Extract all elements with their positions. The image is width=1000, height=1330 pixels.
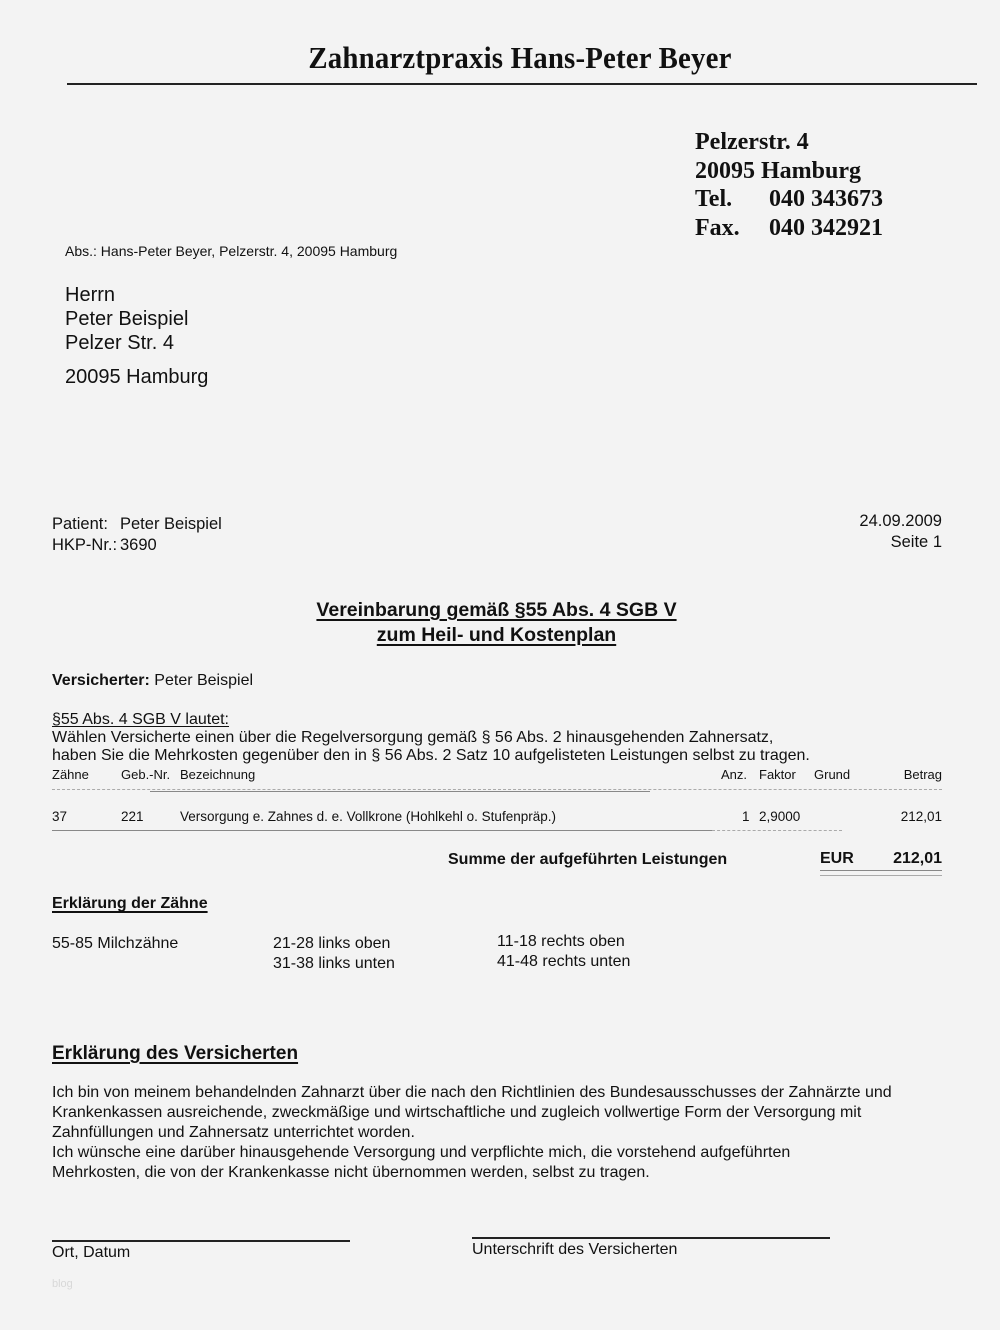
- insured-name: Peter Beispiel: [154, 672, 253, 689]
- place-date-line[interactable]: [52, 1240, 350, 1242]
- practice-city: 20095 Hamburg: [695, 157, 883, 186]
- teeth-right: 11-18 rechts oben 41-48 rechts unten: [497, 932, 630, 972]
- hkp-label: HKP-Nr.:: [52, 535, 120, 556]
- row-fee-no: 221: [121, 809, 144, 824]
- row-qty: 1: [742, 809, 750, 824]
- law-heading: §55 Abs. 4 SGB V lautet:: [52, 711, 810, 729]
- header-divider-solid: [150, 791, 650, 792]
- teeth-milk: 55-85 Milchzähne: [52, 934, 178, 954]
- declaration-paragraph-2: Ich wünsche eine darüber hinausgehende V…: [52, 1143, 872, 1183]
- teeth-legend-title: Erklärung der Zähne: [52, 895, 208, 913]
- title-divider: [67, 83, 977, 85]
- practice-fax: Fax.040 342921: [695, 214, 883, 243]
- patient-info: Patient:Peter Beispiel HKP-Nr.:3690: [52, 514, 222, 556]
- patient-label: Patient:: [52, 514, 120, 535]
- insured-person: Versicherter: Peter Beispiel: [52, 672, 253, 690]
- header-divider: [52, 789, 942, 790]
- practice-street: Pelzerstr. 4: [695, 128, 883, 157]
- sum-currency: EUR: [820, 850, 854, 868]
- row-description: Versorgung e. Zahnes d. e. Vollkrone (Ho…: [180, 809, 556, 824]
- recipient-address: Herrn Peter Beispiel Pelzer Str. 4 20095…: [65, 283, 208, 389]
- declaration-text: Ich bin von meinem behandelnden Zahnarzt…: [52, 1083, 952, 1183]
- law-citation: §55 Abs. 4 SGB V lautet: Wählen Versiche…: [52, 711, 810, 765]
- practice-address: Pelzerstr. 4 20095 Hamburg Tel.040 34367…: [695, 128, 883, 242]
- col-teeth: Zähne: [52, 767, 89, 782]
- teeth-upper-left: 21-28 links oben: [273, 934, 395, 954]
- recipient-salutation: Herrn: [65, 283, 208, 307]
- recipient-street: Pelzer Str. 4: [65, 331, 208, 355]
- row-divider-dashed: [712, 830, 842, 831]
- recipient-city: 20095 Hamburg: [65, 365, 208, 389]
- teeth-lower-right: 41-48 rechts unten: [497, 952, 630, 972]
- sum-underline-2: [820, 875, 942, 876]
- insured-label: Versicherter:: [52, 672, 150, 689]
- sum-label: Summe der aufgeführten Leistungen: [448, 851, 727, 869]
- sender-line: Abs.: Hans-Peter Beyer, Pelzerstr. 4, 20…: [65, 243, 397, 259]
- tel-label: Tel.: [695, 185, 769, 214]
- page-number: Seite 1: [859, 532, 942, 553]
- fax-label: Fax.: [695, 214, 769, 243]
- patient-name: Peter Beispiel: [120, 515, 222, 533]
- practice-name: Zahnarztpraxis Hans-Peter Beyer: [36, 40, 1000, 76]
- col-qty: Anz.: [721, 767, 747, 782]
- agreement-heading: Vereinbarung gemäß §55 Abs. 4 SGB V zum …: [0, 598, 993, 648]
- watermark: blog: [52, 1278, 73, 1290]
- col-factor: Faktor: [759, 767, 796, 782]
- law-text-line-2: haben Sie die Mehrkosten gegenüber den i…: [52, 747, 810, 765]
- teeth-upper-right: 11-18 rechts oben: [497, 932, 630, 952]
- document-meta: 24.09.2009 Seite 1: [859, 511, 942, 553]
- col-reason: Grund: [814, 767, 850, 782]
- teeth-left: 21-28 links oben 31-38 links unten: [273, 934, 395, 974]
- sum-value: 212,01: [893, 850, 942, 868]
- practice-tel: Tel.040 343673: [695, 185, 883, 214]
- tel-number: 040 343673: [769, 186, 883, 212]
- col-fee-no: Geb.-Nr.: [121, 767, 170, 782]
- fax-number: 040 342921: [769, 215, 883, 241]
- row-factor: 2,9000: [759, 809, 800, 824]
- row-divider: [52, 830, 712, 831]
- col-description: Bezeichnung: [180, 767, 255, 782]
- sum-underline-1: [820, 870, 942, 871]
- signature-label: Unterschrift des Versicherten: [472, 1241, 677, 1259]
- row-teeth: 37: [52, 809, 67, 824]
- heading-line-2: zum Heil- und Kostenplan: [0, 623, 993, 648]
- declaration-title: Erklärung des Versicherten: [52, 1043, 298, 1065]
- declaration-paragraph-1: Ich bin von meinem behandelnden Zahnarzt…: [52, 1083, 952, 1143]
- row-amount: 212,01: [901, 809, 942, 824]
- recipient-name: Peter Beispiel: [65, 307, 208, 331]
- document-date: 24.09.2009: [859, 511, 942, 532]
- heading-line-1: Vereinbarung gemäß §55 Abs. 4 SGB V: [0, 598, 993, 623]
- place-date-label: Ort, Datum: [52, 1244, 130, 1262]
- signature-line[interactable]: [472, 1237, 830, 1239]
- teeth-lower-left: 31-38 links unten: [273, 954, 395, 974]
- hkp-number: 3690: [120, 536, 157, 554]
- col-amount: Betrag: [904, 767, 942, 782]
- law-text-line-1: Wählen Versicherte einen über die Regelv…: [52, 729, 810, 747]
